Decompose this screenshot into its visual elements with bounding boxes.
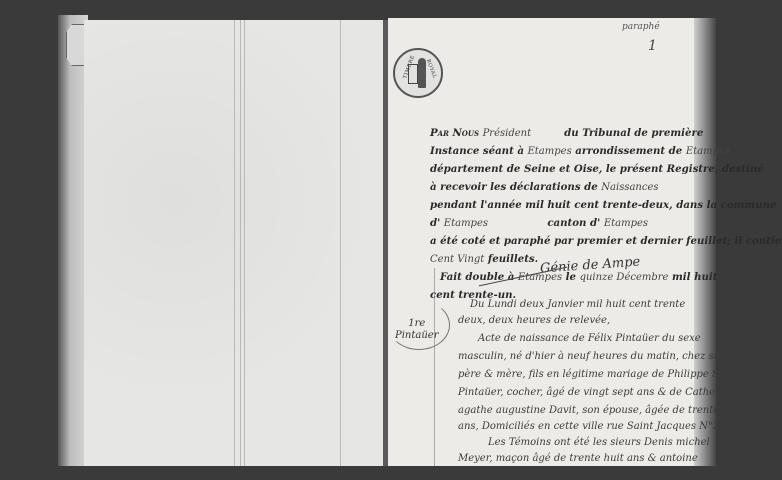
certificate-line-1: Par Nous Président du Tribunal de premiè… <box>430 124 692 143</box>
entry-line: Meyer, maçon âgé de trente huit ans & an… <box>458 452 698 466</box>
printed-text: mil huit <box>672 271 717 283</box>
scan-bottom-shadow <box>58 466 718 480</box>
certificate-line-3: département de Seine et Oise, le présent… <box>430 160 692 178</box>
handwritten-text: Etampes <box>444 215 544 233</box>
entry-line: deux, deux heures de relevée, <box>458 314 610 328</box>
folio-number: 1 <box>648 38 657 54</box>
printed-text: feuillets. <box>488 253 538 265</box>
printed-text: à recevoir les déclarations de <box>430 181 598 193</box>
page-ruling-line <box>240 20 241 468</box>
printed-text: du Tribunal de première <box>564 127 703 139</box>
printed-text: arrondissement de <box>575 145 682 157</box>
margin-entry-label: 1re Pintaüer <box>395 318 439 342</box>
folio-note: paraphé <box>622 22 660 32</box>
printed-text: canton d' <box>547 217 600 229</box>
entry-line: père & mère, fils en légitime mariage de… <box>458 368 744 382</box>
stamp-figure-icon <box>408 58 428 88</box>
handwritten-text: Cent Vingt <box>430 254 484 265</box>
certificate-line-6: d' Etampes canton d' Etampes <box>430 214 692 233</box>
certificate-line-4: à recevoir les déclarations de Naissance… <box>430 178 692 197</box>
handwritten-text: Président <box>483 125 561 143</box>
entry-surname: Pintaüer <box>395 330 439 342</box>
entry-line: Les Témoins ont été les sieurs Denis mic… <box>488 436 710 450</box>
page-ruling-line <box>234 20 235 468</box>
handwritten-text: Etampes <box>604 218 648 229</box>
page-ruling-line <box>340 20 341 468</box>
entry-line: agathe augustine Davit, son épouse, âgée… <box>458 404 735 418</box>
handwritten-text: Naissances <box>601 182 658 193</box>
page-ruling-line <box>244 20 245 468</box>
certificate-line-5: pendant l'année mil huit cent trente-deu… <box>430 196 692 214</box>
entry-line: Du Lundi deux Janvier mil huit cent tren… <box>470 298 685 312</box>
left-page-blank <box>84 20 384 468</box>
entry-line: Pintaüer, cocher, âgé de vingt sept ans … <box>458 386 735 400</box>
certificate-line-7: a été coté et paraphé par premier et der… <box>430 232 692 250</box>
timbre-royal-stamp-icon: TIMBRE ROYAL <box>393 48 443 98</box>
entry-line: ans, Domiciliés en cette ville rue Saint… <box>458 420 729 434</box>
certificate-line-2: Instance séant à Etampes arrondissement … <box>430 142 692 161</box>
handwritten-text: Etampes <box>527 146 571 157</box>
entry-line: masculin, né d'hier à neuf heures du mat… <box>458 350 725 364</box>
printed-text: Instance séant à <box>430 145 524 157</box>
printed-text: Par Nous <box>430 127 479 139</box>
handwritten-text: Etampes <box>686 146 730 157</box>
entry-line: Acte de naissance de Félix Pintaüer du s… <box>478 332 701 346</box>
handwritten-text: quinze Décembre <box>580 272 669 283</box>
entry-number: 1re <box>395 318 439 330</box>
printed-text: d' <box>430 217 440 229</box>
